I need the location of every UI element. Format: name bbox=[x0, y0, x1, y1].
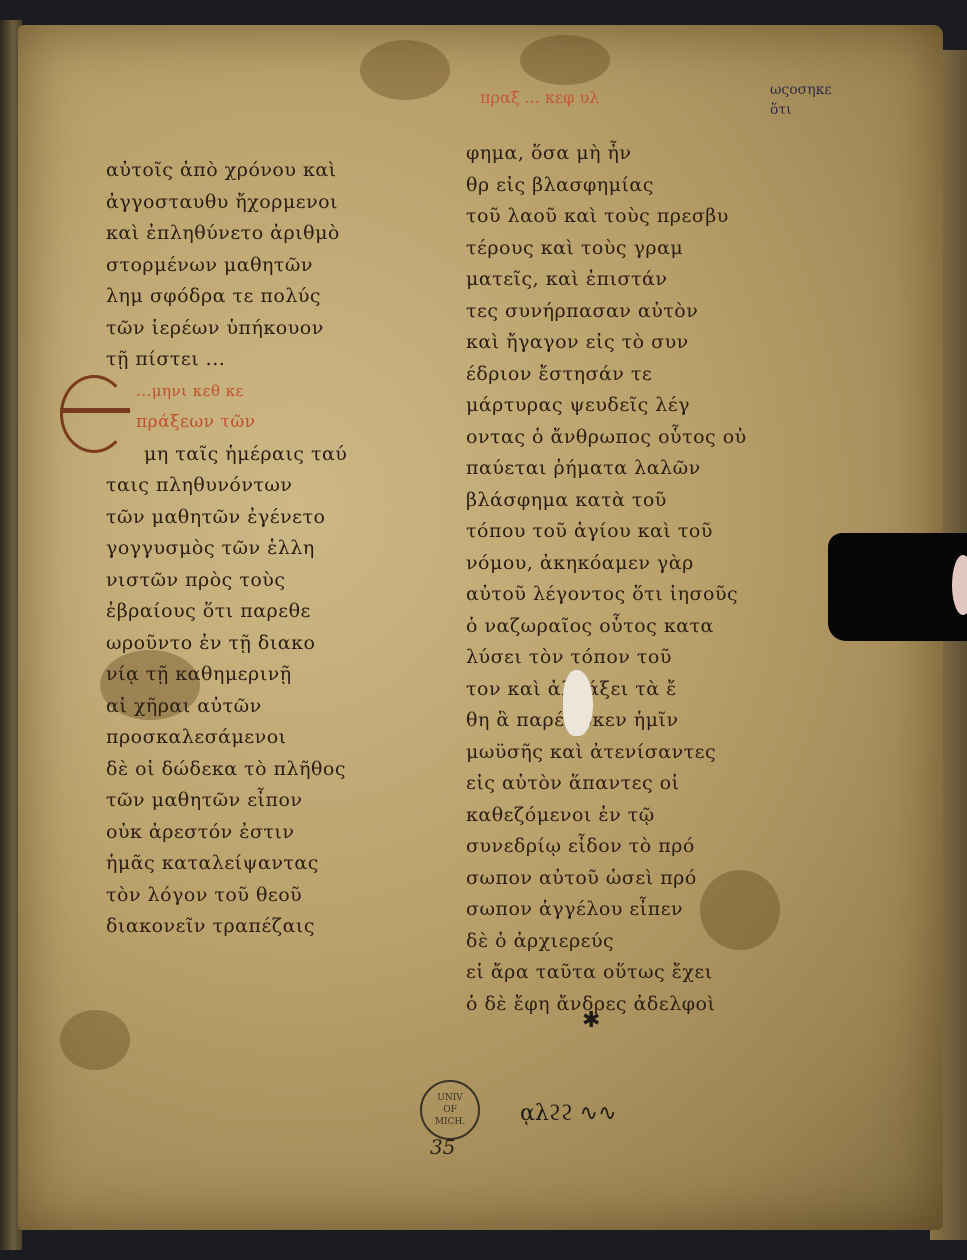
text-line: τῇ πίστει ... bbox=[106, 344, 347, 376]
text-line: καθεζόμενοι ἐν τῷ bbox=[466, 800, 747, 832]
text-line: ὁ δὲ ἔφη ἄνδρες ἀδελφοὶ bbox=[466, 989, 747, 1021]
black-cloth-weight bbox=[828, 533, 967, 641]
text-line: καὶ ἐπληθύνετο ἀριθμὸ bbox=[106, 218, 347, 250]
text-line: θη ἃ παρέδωκεν ἡμῖν bbox=[466, 705, 747, 737]
text-line: τὸν λόγον τοῦ θεοῦ bbox=[106, 880, 347, 912]
margin-note-line: ωςοσηκε bbox=[770, 80, 832, 100]
margin-note: ωςοσηκε ὅτι bbox=[770, 80, 832, 120]
text-line: καὶ ἤγαγον εἰς τὸ συν bbox=[466, 327, 747, 359]
stain bbox=[60, 1010, 130, 1070]
text-line: φημα, ὅσα μὴ ἦν bbox=[466, 138, 747, 170]
left-text-column: αὐτοῖς ἀπὸ χρόνου καὶ ἀγγοσταυθυ ἤχορμεν… bbox=[106, 155, 347, 943]
text-line: δὲ ὁ ἀρχιερεύς bbox=[466, 926, 747, 958]
text-line: νιστῶν πρὸς τοὺς bbox=[106, 565, 347, 597]
text-line: ὁ ναζωραῖος οὗτος κατα bbox=[466, 611, 747, 643]
folio-number: 35 bbox=[430, 1135, 455, 1159]
text-line: τέρους καὶ τοὺς γραμ bbox=[466, 233, 747, 265]
text-line: στορμένων μαθητῶν bbox=[106, 250, 347, 282]
stain bbox=[520, 35, 610, 85]
stamp-line: OF bbox=[422, 1104, 478, 1116]
text-line: τες συνήρπασαν αὐτὸν bbox=[466, 296, 747, 328]
header-rubric: πραξ ... κεφ υλ bbox=[480, 88, 599, 107]
text-line: τον καὶ ἀλλάξει τὰ ἔ bbox=[466, 674, 747, 706]
text-line: βλάσφημα κατὰ τοῦ bbox=[466, 485, 747, 517]
text-line: τόπου τοῦ ἁγίου καὶ τοῦ bbox=[466, 516, 747, 548]
text-line: ἡμᾶς καταλείψαντας bbox=[106, 848, 347, 880]
text-line: οντας ὁ ἄνθρωπος οὗτος οὐ bbox=[466, 422, 747, 454]
text-line: έδριον ἔστησάν τε bbox=[466, 359, 747, 391]
text-line: ωροῦντο ἐν τῇ διακο bbox=[106, 628, 347, 660]
text-line: ἀγγοσταυθυ ἤχορμενοι bbox=[106, 187, 347, 219]
right-text-column: φημα, ὅσα μὴ ἦν θρ εἰς βλασφημίας τοῦ λα… bbox=[466, 138, 747, 1020]
text-line: γογγυσμὸς τῶν ἑλλη bbox=[106, 533, 347, 565]
text-line: διακονεῖν τραπέζαις bbox=[106, 911, 347, 943]
text-line: νόμου, ἀκηκόαμεν γὰρ bbox=[466, 548, 747, 580]
fingertip bbox=[952, 555, 967, 615]
text-line: τοῦ λαοῦ καὶ τοὺς πρεσβυ bbox=[466, 201, 747, 233]
stain bbox=[360, 40, 450, 100]
library-stamp: UNIV OF MICH. bbox=[420, 1080, 480, 1140]
text-line: τῶν μαθητῶν εἶπον bbox=[106, 785, 347, 817]
text-line: παύεται ῥήματα λαλῶν bbox=[466, 453, 747, 485]
text-line: προσκαλεσάμενοι bbox=[106, 722, 347, 754]
text-line: αὐτοῦ λέγοντος ὅτι ἰησοῦς bbox=[466, 579, 747, 611]
text-line: εἰ ἄρα ταῦτα οὕτως ἔχει bbox=[466, 957, 747, 989]
text-line: ταις πληθυνόντων bbox=[106, 470, 347, 502]
pen-scribble: ᾳλϩϩ ∿∿ bbox=[520, 1100, 617, 1126]
text-line: δὲ οἱ δώδεκα τὸ πλῆθος bbox=[106, 754, 347, 786]
stamp-line: MICH. bbox=[422, 1116, 478, 1128]
text-line: οὐκ ἀρεστόν ἐστιν bbox=[106, 817, 347, 849]
margin-note-line: ὅτι bbox=[770, 100, 832, 120]
rubric-line: ...μηνι κεθ κε bbox=[106, 376, 347, 408]
text-line: μωϋσῆς καὶ ἀτενίσαντες bbox=[466, 737, 747, 769]
stamp-line: UNIV bbox=[422, 1092, 478, 1104]
text-line: συνεδρίῳ εἶδον τὸ πρό bbox=[466, 831, 747, 863]
text-line: ματεῖς, καὶ ἐπιστάν bbox=[466, 264, 747, 296]
text-line: σωπον ἀγγέλου εἶπεν bbox=[466, 894, 747, 926]
text-line: αὐτοῖς ἀπὸ χρόνου καὶ bbox=[106, 155, 347, 187]
text-line: νίᾳ τῇ καθημερινῇ bbox=[106, 659, 347, 691]
text-line: λύσει τὸν τόπον τοῦ bbox=[466, 642, 747, 674]
rubric-line: πράξεων τῶν bbox=[106, 407, 347, 439]
text-line: μάρτυρας ψευδεῖς λέγ bbox=[466, 390, 747, 422]
asterisk-mark: ✱ bbox=[582, 1008, 600, 1033]
text-line: εἰς αὐτὸν ἅπαντες οἱ bbox=[466, 768, 747, 800]
text-line: σωπον αὐτοῦ ὡσεὶ πρό bbox=[466, 863, 747, 895]
text-line: θρ εἰς βλασφημίας bbox=[466, 170, 747, 202]
text-line: αἱ χῆραι αὐτῶν bbox=[106, 691, 347, 723]
text-line: ἑβραίους ὅτι παρεθε bbox=[106, 596, 347, 628]
text-line: λημ σφόδρα τε πολύς bbox=[106, 281, 347, 313]
text-line: τῶν μαθητῶν ἐγένετο bbox=[106, 502, 347, 534]
text-line: μη ταῖς ἡμέραις ταύ bbox=[106, 439, 347, 471]
parchment-hole bbox=[563, 670, 593, 736]
text-line: τῶν ἱερέων ὑπήκουον bbox=[106, 313, 347, 345]
